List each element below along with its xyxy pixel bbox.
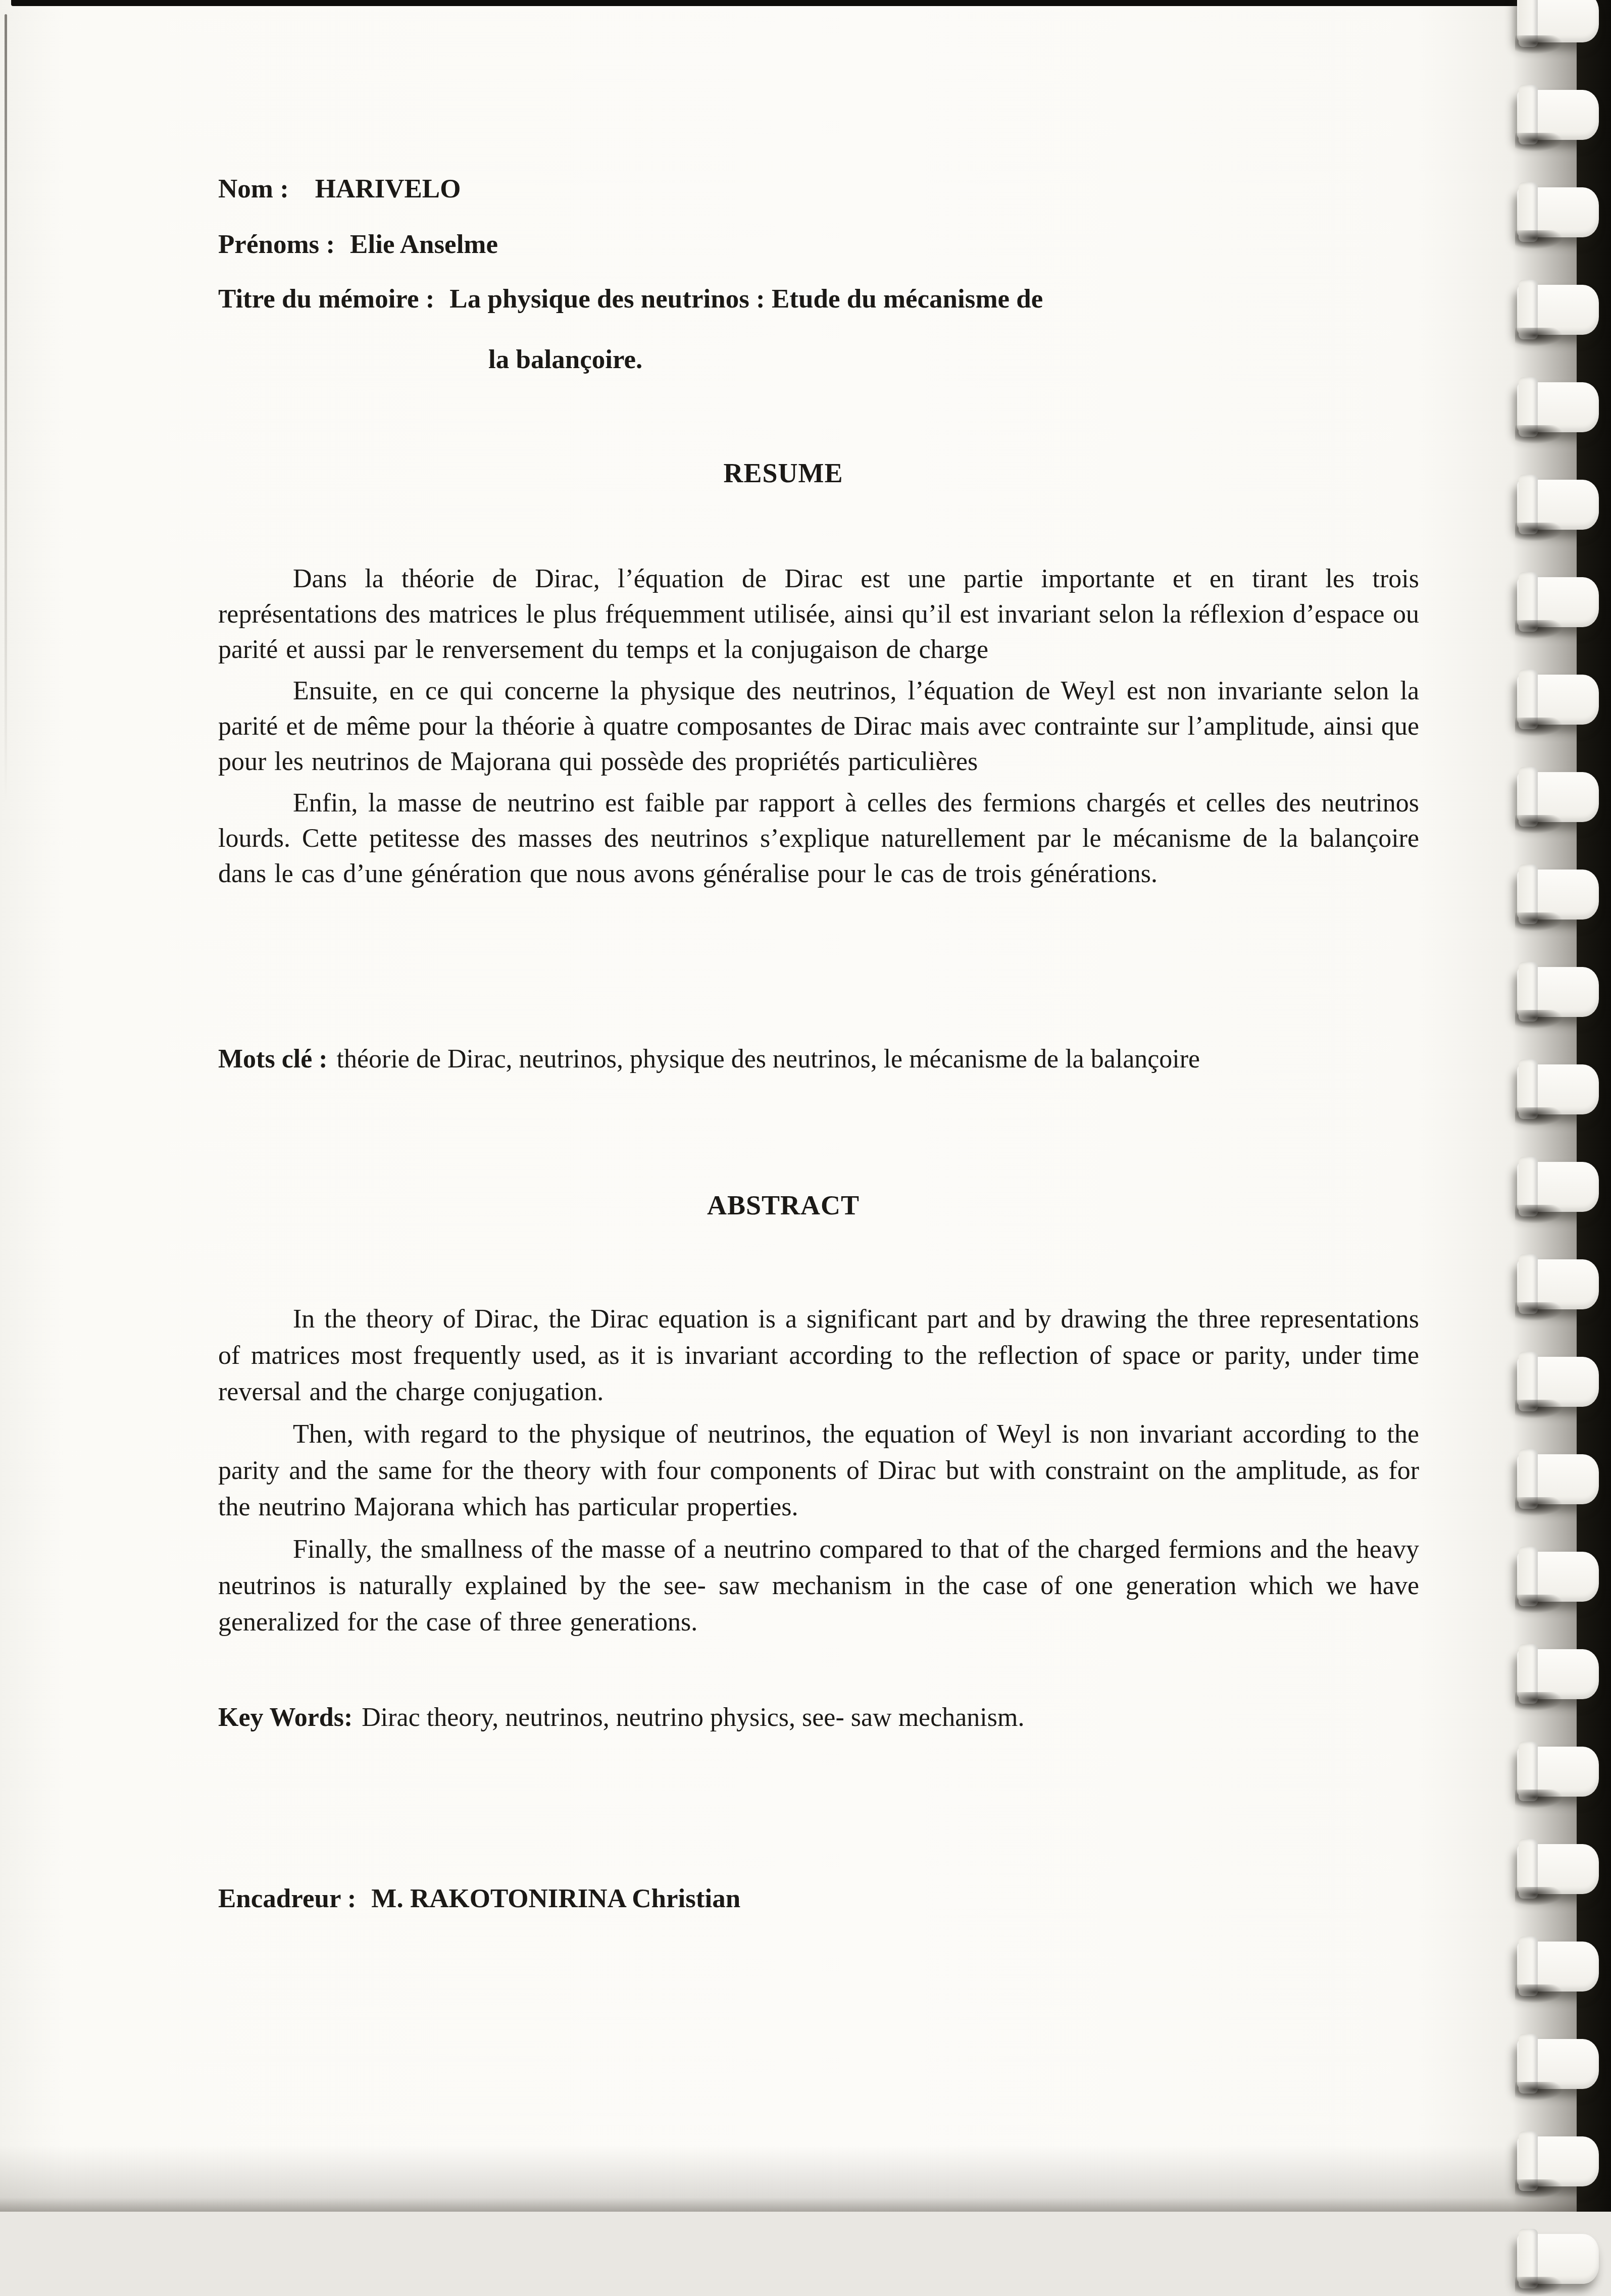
field-prenoms: Prénoms :Elie Anselme [218,229,498,260]
mots-cle-block: Mots clé :théorie de Dirac, neutrinos, p… [218,1041,1419,1078]
binding-tooth [1517,2136,1599,2186]
binding-tooth [1517,967,1599,1017]
binding-tooth [1517,382,1599,432]
mots-cle-text: théorie de Dirac, neutrinos, physique de… [337,1045,1200,1074]
page-content: Nom :HARIVELO Prénoms :Elie Anselme Titr… [218,0,1419,2212]
prenoms-value: Elie Anselme [350,230,498,259]
binding-tooth [1517,1942,1599,1992]
scanned-page: Nom :HARIVELO Prénoms :Elie Anselme Titr… [0,0,1611,2212]
binding-tooth [1517,1259,1599,1309]
abstract-paragraph-2: Then, with regard to the physique of neu… [218,1416,1419,1525]
titre-label: Titre du mémoire : [218,284,434,314]
key-words-label: Key Words: [218,1703,353,1732]
key-words-block: Key Words:Dirac theory, neutrinos, neutr… [218,1700,1419,1736]
field-encadreur: Encadreur :M. RAKOTONIRINA Christian [218,1883,740,1914]
abstract-paragraph-3: Finally, the smallness of the masse of a… [218,1532,1419,1641]
binding-tooth [1517,1844,1599,1894]
resume-heading: RESUME [218,457,1348,489]
binding-tooth [1517,285,1599,335]
binding-tooth [1517,870,1599,920]
key-words-text: Dirac theory, neutrinos, neutrino physic… [362,1703,1024,1732]
nom-label: Nom : [218,174,289,203]
mots-cle-label: Mots clé : [218,1045,328,1074]
encadreur-value: M. RAKOTONIRINA Christian [371,1884,740,1913]
binding-tooth [1517,2039,1599,2089]
binding-tooth [1517,90,1599,140]
binding-tooth [1517,577,1599,627]
binding-tooth [1517,1162,1599,1212]
binding-tooth [1517,0,1599,42]
prenoms-label: Prénoms : [218,230,335,259]
abstract-paragraph-1: In the theory of Dirac, the Dirac equati… [218,1301,1419,1410]
binding-tooth [1517,1649,1599,1699]
resume-paragraph-3: Enfin, la masse de neutrino est faible p… [218,786,1419,892]
resume-paragraph-1: Dans la théorie de Dirac, l’équation de … [218,562,1419,668]
field-nom: Nom :HARIVELO [218,174,461,204]
field-titre: Titre du mémoire :La physique des neutri… [218,284,1043,314]
binding-tooth [1517,1357,1599,1407]
binding-tooth [1517,1454,1599,1504]
binding-tooth [1517,1064,1599,1114]
resume-paragraph-2: Ensuite, en ce qui concerne la physique … [218,674,1419,780]
abstract-heading: ABSTRACT [218,1190,1348,1221]
resume-body: Dans la théorie de Dirac, l’équation de … [218,562,1419,892]
field-titre-line2: la balançoire. [488,344,642,375]
binding-tooth [1517,772,1599,822]
scan-left-edge [5,14,7,802]
encadreur-label: Encadreur : [218,1884,356,1913]
binding-tooth [1517,187,1599,237]
comb-binding [1480,0,1611,2212]
titre-value: La physique des neutrinos : Etude du méc… [449,284,1043,314]
nom-value: HARIVELO [315,174,461,203]
abstract-body: In the theory of Dirac, the Dirac equati… [218,1301,1419,1641]
binding-tooth [1517,1747,1599,1797]
titre-line2-text: la balançoire. [488,345,642,374]
binding-tooth [1517,675,1599,725]
binding-tooth [1517,480,1599,530]
binding-tooth [1517,1552,1599,1602]
